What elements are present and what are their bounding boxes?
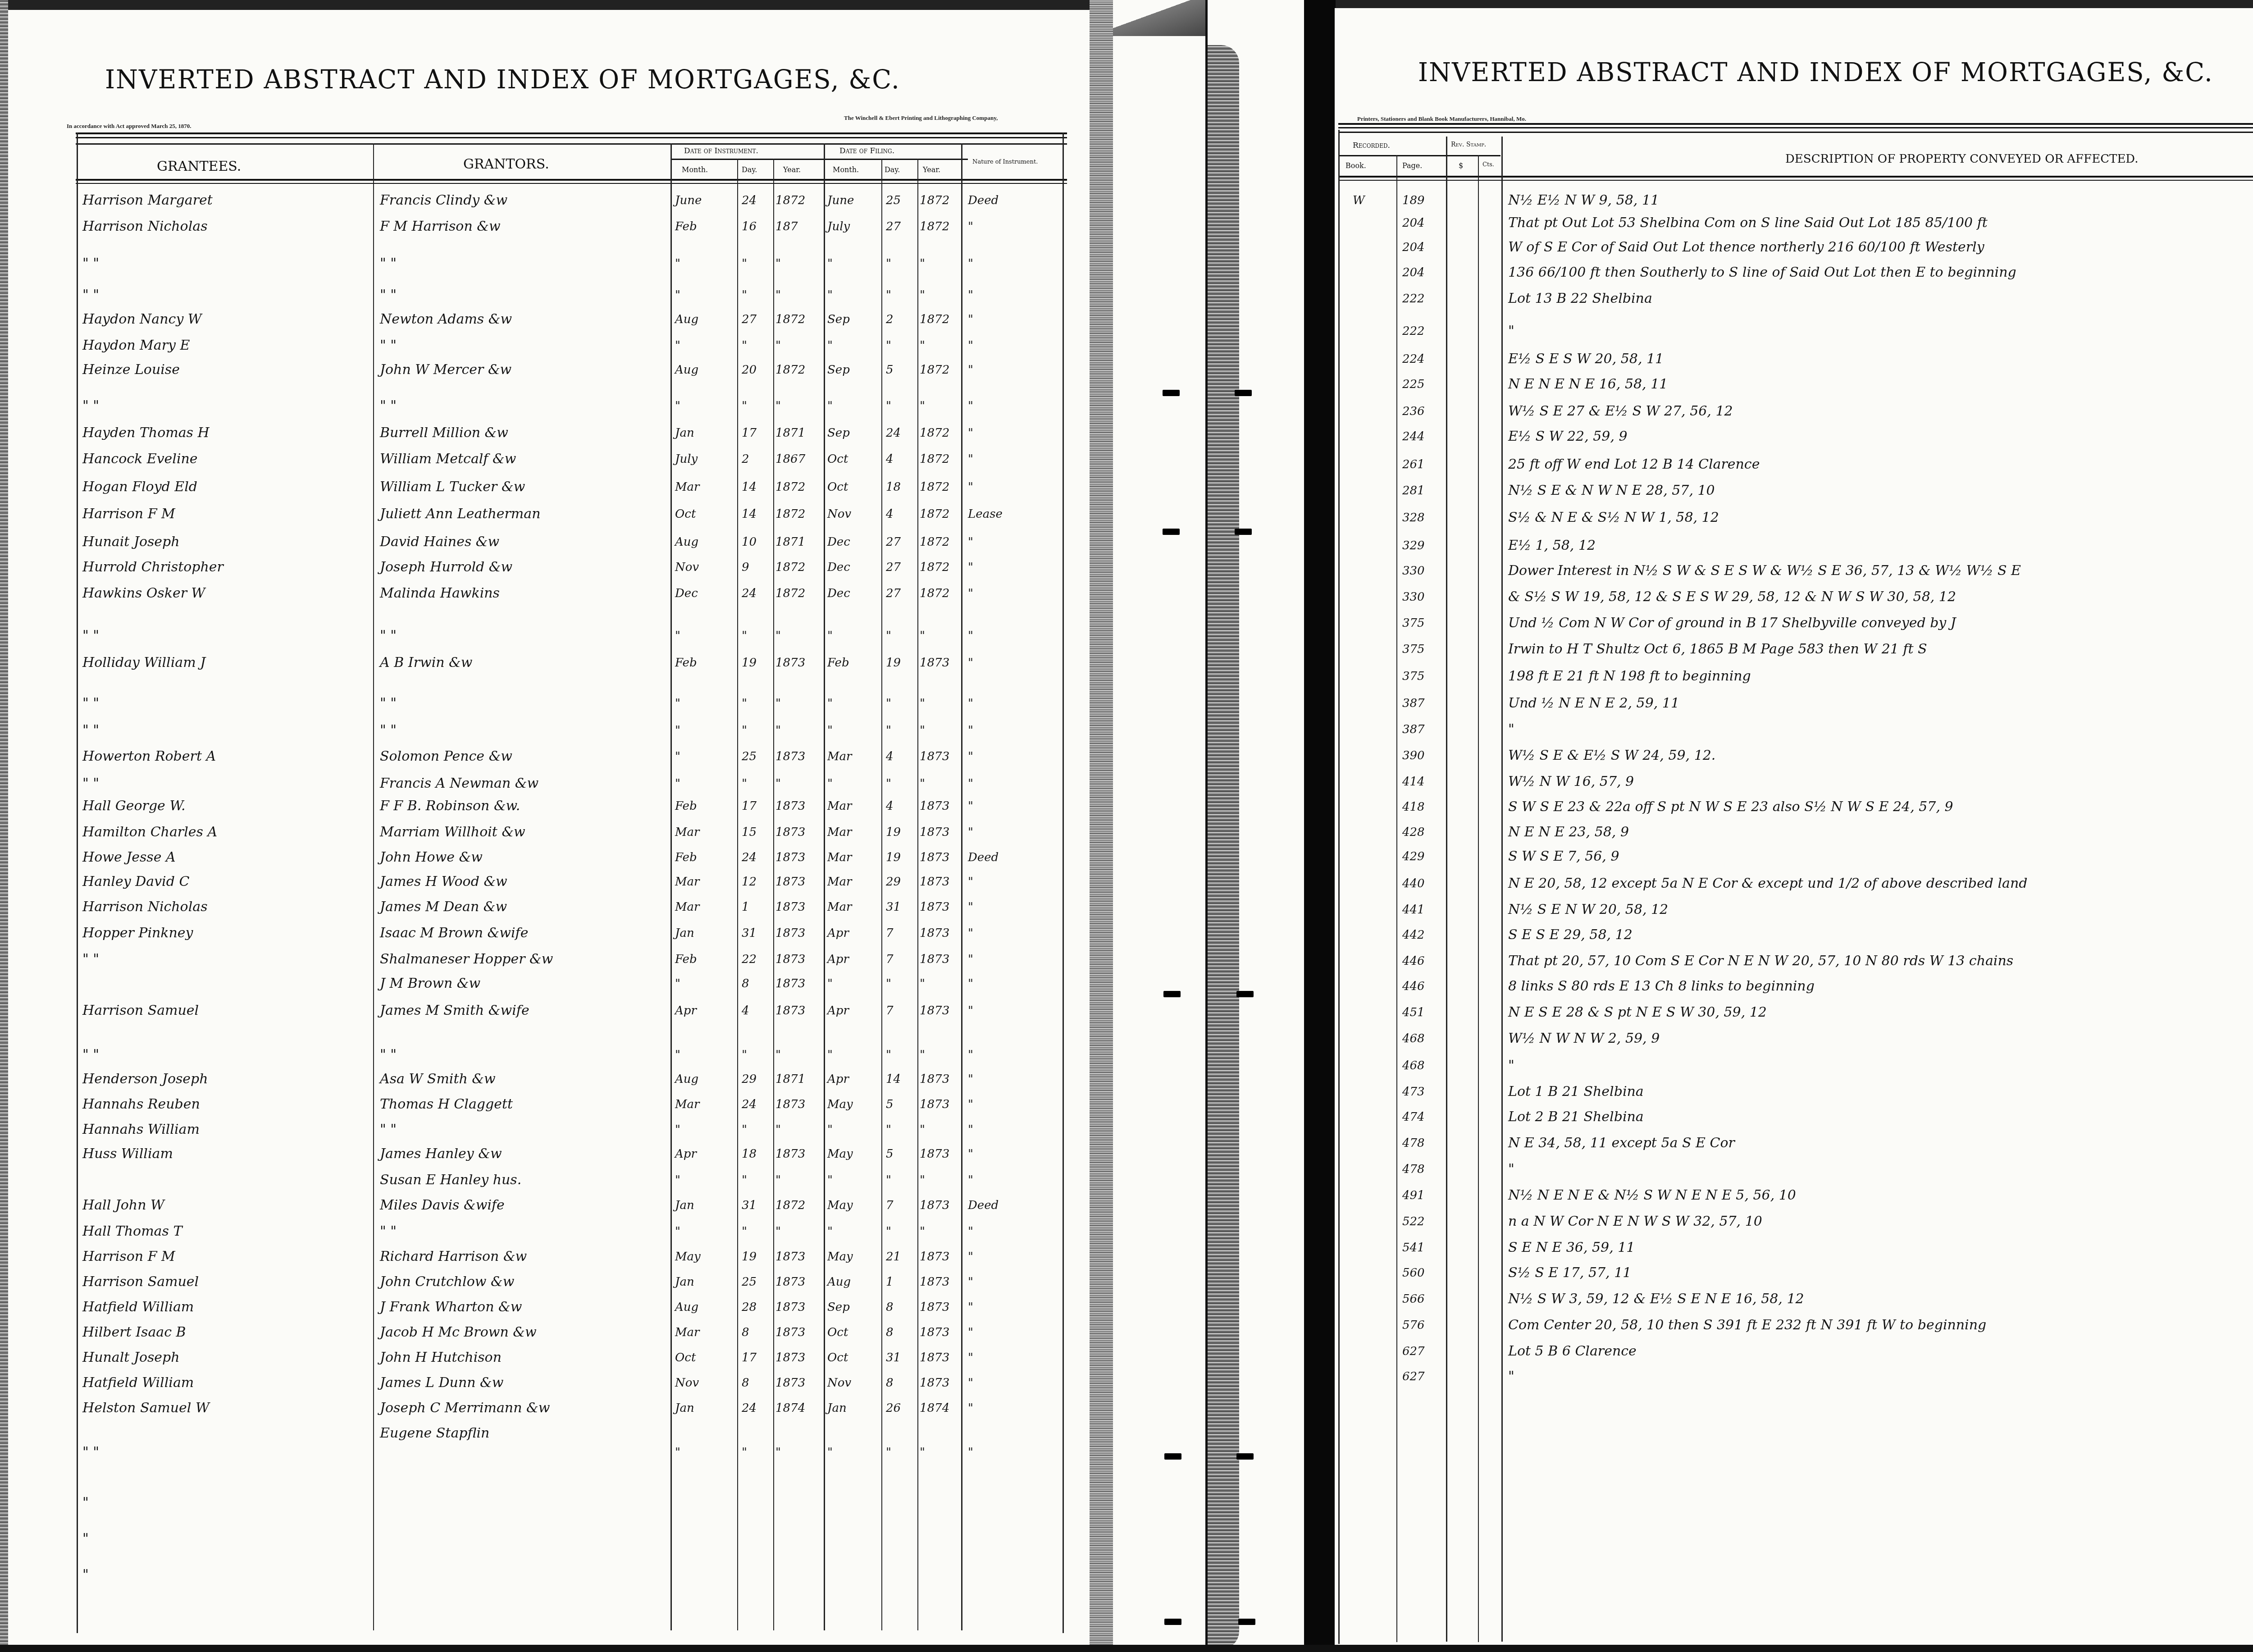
cell-i-day: 1: [742, 899, 749, 915]
book-spine-left: [1090, 0, 1113, 1652]
cell-grantor: Thomas H Claggett: [380, 1097, 513, 1112]
header-rule: [76, 132, 1067, 134]
cell-page: 478: [1402, 1162, 1425, 1177]
cell-i-year: ": [775, 696, 781, 711]
right-page-title: INVERTED ABSTRACT AND INDEX OF MORTGAGES…: [1418, 57, 2213, 87]
cell-f-day: 4: [886, 452, 894, 467]
cell-f-month: ": [827, 338, 833, 353]
cell-nature: ": [968, 1274, 973, 1290]
col-divider-nature: [961, 143, 962, 1630]
col-divider-f-day: [881, 159, 882, 1630]
cell-f-day: ": [886, 256, 891, 271]
cell-i-year: ": [775, 1445, 781, 1460]
cell-i-day: 24: [742, 586, 757, 601]
registration-mark: [1163, 529, 1180, 535]
cell-page: 566: [1402, 1291, 1425, 1307]
cell-description: N½ S E & N W N E 28, 57, 10: [1508, 483, 1715, 498]
cell-i-year: ": [775, 398, 781, 414]
cell-f-day: 7: [886, 926, 894, 941]
cell-description: ": [1508, 1058, 1514, 1073]
header-date-of-instrument: Date of Instrument.: [684, 146, 758, 155]
cell-description: E½ S W 22, 59, 9: [1508, 429, 1628, 444]
cell-grantor: Shalmaneser Hopper &w: [380, 952, 553, 967]
cell-f-month: ": [827, 1224, 833, 1239]
cell-page: 225: [1402, 377, 1425, 392]
cell-description: Irwin to H T Shultz Oct 6, 1865 B M Page…: [1508, 642, 1927, 657]
cell-f-month: Mar: [827, 825, 852, 840]
cell-f-year: 1872: [920, 219, 949, 234]
header-dollars: $: [1459, 161, 1463, 170]
col-divider-cents: [1478, 155, 1479, 1642]
cell-f-year: ": [920, 398, 925, 414]
cell-i-day: ": [742, 1445, 747, 1460]
header-f-day: Day.: [885, 165, 900, 174]
cell-nature: ": [968, 1072, 973, 1087]
cell-page: 189: [1402, 193, 1425, 208]
cell-i-day: 31: [742, 1198, 757, 1213]
cell-f-month: ": [827, 628, 833, 643]
cell-f-year: ": [920, 338, 925, 353]
cell-description: N½ S W 3, 59, 12 & E½ S E N E 16, 58, 12: [1508, 1291, 1804, 1307]
gutter-shadow: [1304, 0, 1336, 1652]
cell-i-day: 9: [742, 560, 749, 575]
cell-f-day: 27: [886, 219, 901, 234]
cell-page: 446: [1402, 954, 1425, 969]
cell-page: 440: [1402, 876, 1425, 891]
cell-nature: ": [968, 479, 973, 495]
cell-description: W½ S E & E½ S W 24, 59, 12.: [1508, 748, 1715, 763]
cell-grantee: Helston Samuel W: [82, 1401, 210, 1416]
cell-f-month: Apr: [827, 1003, 849, 1018]
cell-f-year: 1873: [920, 1249, 949, 1264]
cell-nature: ": [968, 1146, 973, 1162]
cell-grantor: Malinda Hawkins: [380, 586, 500, 601]
cell-i-year: 1873: [775, 1097, 805, 1112]
cell-f-day: 27: [886, 586, 901, 601]
cell-description: Lot 2 B 21 Shelbina: [1508, 1109, 1644, 1125]
cell-f-month: Apr: [827, 1072, 849, 1087]
registration-mark: [1163, 390, 1180, 396]
cell-i-year: ": [775, 338, 781, 353]
cell-nature: ": [968, 1401, 973, 1416]
cell-f-day: ": [886, 1047, 891, 1063]
cell-grantor: " ": [380, 288, 397, 303]
cell-grantor: " ": [380, 1224, 397, 1239]
cell-description: ": [1508, 1369, 1514, 1384]
cell-f-year: 1873: [920, 799, 949, 814]
cell-f-day: 1: [886, 1274, 894, 1290]
cell-i-month: Aug: [675, 1300, 698, 1315]
cell-f-day: ": [886, 288, 891, 303]
cell-grantee: " ": [82, 776, 99, 791]
cell-i-month: Feb: [675, 655, 697, 671]
cell-f-month: Sep: [827, 362, 850, 378]
cell-f-month: Sep: [827, 312, 850, 327]
cell-grantor: William Metcalf &w: [380, 452, 516, 467]
cell-grantor: Joseph C Merrimann &w: [380, 1401, 550, 1416]
cell-f-month: Mar: [827, 749, 852, 764]
cell-f-month: ": [827, 256, 833, 271]
cell-f-day: 19: [886, 825, 901, 840]
cell-grantee: Hurrold Christopher: [82, 560, 223, 575]
cell-grantor: " ": [380, 398, 397, 414]
cell-description: 136 66/100 ft then Southerly to S line o…: [1508, 265, 2016, 280]
cell-f-year: 1872: [920, 425, 949, 441]
book-gutter: [1113, 0, 1334, 1652]
cell-description: N½ N E N E & N½ S W N E N E 5, 56, 10: [1508, 1188, 1796, 1203]
cell-f-year: 1872: [920, 479, 949, 495]
cell-f-year: ": [920, 288, 925, 303]
cell-nature: ": [968, 312, 973, 327]
cell-i-year: 1873: [775, 655, 805, 671]
cell-f-day: 8: [886, 1375, 894, 1391]
cell-page: 330: [1402, 589, 1425, 605]
cell-nature: ": [968, 874, 973, 890]
cell-f-month: Aug: [827, 1274, 851, 1290]
cell-nature: Deed: [968, 850, 999, 865]
cell-i-month: ": [675, 628, 680, 643]
cell-f-day: 29: [886, 874, 901, 890]
scan-bottom-edge: [0, 1645, 2253, 1652]
cell-f-year: 1873: [920, 952, 949, 967]
cell-nature: ": [968, 899, 973, 915]
cell-i-month: June: [675, 193, 702, 208]
cell-i-day: 2: [742, 452, 749, 467]
cell-grantee: " ": [82, 288, 99, 303]
cell-i-day: 17: [742, 799, 757, 814]
cell-i-day: 8: [742, 976, 749, 991]
cell-i-year: ": [775, 628, 781, 643]
cell-grantor: " ": [380, 1122, 397, 1137]
cell-page: 442: [1402, 927, 1425, 943]
cell-i-day: ": [742, 398, 747, 414]
cell-description: n a N W Cor N E N W S W 32, 57, 10: [1508, 1214, 1762, 1229]
cell-f-year: 1873: [920, 655, 949, 671]
cell-grantor: A B Irwin &w: [380, 655, 473, 671]
cell-f-day: ": [886, 1122, 891, 1137]
cell-description: W½ N W N W 2, 59, 9: [1508, 1031, 1660, 1046]
cell-f-month: Mar: [827, 899, 852, 915]
cell-f-day: 27: [886, 560, 901, 575]
cell-nature: ": [968, 1300, 973, 1315]
cell-grantee: ": [82, 1567, 89, 1583]
cell-nature: ": [968, 976, 973, 991]
cell-nature: ": [968, 219, 973, 234]
cell-i-year: 1873: [775, 850, 805, 865]
cell-i-day: 17: [742, 1350, 757, 1365]
cell-f-year: 1872: [920, 586, 949, 601]
cell-nature: ": [968, 1325, 973, 1340]
cell-grantor: Isaac M Brown &wife: [380, 926, 528, 941]
cell-nature: Deed: [968, 1198, 999, 1213]
cell-description: & S½ S W 19, 58, 12 & S E S W 29, 58, 12…: [1508, 589, 1956, 605]
cell-book: W: [1353, 193, 1365, 208]
cell-grantor: " ": [380, 696, 397, 711]
registration-mark: [1235, 529, 1252, 535]
cell-i-month: ": [675, 723, 680, 738]
cell-page: 244: [1402, 429, 1425, 444]
cell-i-month: Aug: [675, 1072, 698, 1087]
cell-grantor: John Howe &w: [380, 850, 483, 865]
cell-nature: ": [968, 723, 973, 738]
cell-i-month: ": [675, 1173, 680, 1188]
header-f-year: Year.: [923, 165, 940, 174]
cell-f-day: ": [886, 398, 891, 414]
cell-i-month: Jan: [675, 1274, 694, 1290]
cell-f-day: ": [886, 338, 891, 353]
cell-f-month: Oct: [827, 479, 848, 495]
cell-i-month: Jan: [675, 926, 694, 941]
cell-f-day: 7: [886, 1198, 894, 1213]
cell-grantor: David Haines &w: [380, 534, 499, 550]
cell-grantee: Hilbert Isaac B: [82, 1325, 186, 1340]
cell-f-year: 1874: [920, 1401, 949, 1416]
cell-f-month: ": [827, 1122, 833, 1137]
cell-grantee: Hamilton Charles A: [82, 825, 217, 840]
cell-grantor: Eugene Stapflin: [380, 1426, 489, 1441]
cell-f-year: 1872: [920, 362, 949, 378]
cell-i-year: 1872: [775, 507, 805, 522]
header-i-month: Month.: [682, 165, 708, 174]
cell-f-year: ": [920, 696, 925, 711]
cell-nature: ": [968, 825, 973, 840]
cell-f-day: ": [886, 976, 891, 991]
cell-i-year: ": [775, 1047, 781, 1063]
cell-description: That pt Out Lot 53 Shelbina Com on S lin…: [1508, 215, 1988, 231]
cell-i-day: 31: [742, 926, 757, 941]
header-bottom-rule: [76, 183, 1067, 184]
cell-page: 451: [1402, 1005, 1425, 1020]
cell-grantor: " ": [380, 1047, 397, 1063]
cell-i-month: Mar: [675, 479, 700, 495]
cell-nature: ": [968, 560, 973, 575]
cell-description: W½ N W 16, 57, 9: [1508, 774, 1634, 789]
cell-grantee: Harrison F M: [82, 507, 175, 522]
cell-f-day: ": [886, 1224, 891, 1239]
scan-left-edge: [0, 0, 8, 1652]
cell-f-day: ": [886, 628, 891, 643]
cell-page: 473: [1402, 1084, 1425, 1100]
cell-f-year: 1873: [920, 1097, 949, 1112]
cell-f-year: 1873: [920, 899, 949, 915]
cell-i-month: Feb: [675, 219, 697, 234]
cell-grantee: Hawkins Osker W: [82, 586, 205, 601]
cell-i-year: 1873: [775, 874, 805, 890]
header-rev-stamp: Rev. Stamp.: [1451, 141, 1486, 148]
cell-nature: ": [968, 398, 973, 414]
header-rule: [1338, 132, 2253, 133]
cell-f-year: 1873: [920, 1350, 949, 1365]
header-bottom-rule: [76, 179, 1067, 181]
cell-i-year: ": [775, 776, 781, 791]
cell-i-day: 29: [742, 1072, 757, 1087]
cell-f-month: Feb: [827, 655, 849, 671]
registration-mark: [1164, 1453, 1181, 1460]
cell-f-month: June: [827, 193, 854, 208]
cell-grantee: Hannahs Reuben: [82, 1097, 200, 1112]
cell-i-year: ": [775, 1173, 781, 1188]
cell-grantee: " ": [82, 1047, 99, 1063]
cell-description: ": [1508, 722, 1514, 737]
cell-page: 468: [1402, 1058, 1425, 1073]
header-rule: [1338, 127, 2253, 128]
cell-f-year: 1873: [920, 1325, 949, 1340]
cell-f-day: 8: [886, 1300, 894, 1315]
cell-i-month: Nov: [675, 1375, 699, 1391]
cell-page: 222: [1402, 324, 1425, 339]
cell-i-day: 25: [742, 749, 757, 764]
cell-i-month: ": [675, 776, 680, 791]
cell-i-year: 1872: [775, 362, 805, 378]
header-i-year: Year.: [783, 165, 801, 174]
registration-mark: [1235, 390, 1252, 396]
cell-i-day: 24: [742, 850, 757, 865]
cell-grantor: Jacob H Mc Brown &w: [380, 1325, 537, 1340]
cell-grantor: J M Brown &w: [380, 976, 480, 991]
cell-page: 204: [1402, 265, 1425, 280]
header-bottom-rule: [1338, 176, 2253, 178]
left-printer-company: The Winchell & Ebert Printing and Lithog…: [844, 114, 998, 122]
cell-f-month: July: [827, 219, 850, 234]
cell-i-year: 1873: [775, 1300, 805, 1315]
cell-i-day: 19: [742, 655, 757, 671]
cell-f-month: May: [827, 1198, 853, 1213]
cell-page: 390: [1402, 748, 1425, 763]
cell-i-year: ": [775, 256, 781, 271]
cell-i-month: Oct: [675, 507, 696, 522]
cell-grantee: Hogan Floyd Eld: [82, 479, 197, 495]
cell-i-year: 1871: [775, 425, 805, 441]
cell-f-month: ": [827, 1173, 833, 1188]
cell-f-day: 21: [886, 1249, 901, 1264]
cell-description: S E S E 29, 58, 12: [1508, 927, 1633, 943]
cell-f-year: 1872: [920, 507, 949, 522]
cell-i-month: Mar: [675, 874, 700, 890]
cell-nature: ": [968, 425, 973, 441]
cell-f-year: 1873: [920, 1375, 949, 1391]
cell-i-month: Jan: [675, 1401, 694, 1416]
cell-i-month: Mar: [675, 825, 700, 840]
cell-i-day: ": [742, 288, 747, 303]
cell-i-day: 18: [742, 1146, 757, 1162]
cell-description: Com Center 20, 58, 10 then S 391 ft E 23…: [1508, 1318, 1986, 1333]
cell-page: 627: [1402, 1344, 1425, 1359]
cell-i-day: 22: [742, 952, 757, 967]
cell-i-month: Feb: [675, 952, 697, 967]
cell-i-month: Apr: [675, 1146, 697, 1162]
cell-nature: ": [968, 1224, 973, 1239]
cell-grantee: ": [82, 1495, 89, 1511]
cell-f-month: ": [827, 723, 833, 738]
header-rule: [76, 137, 1067, 138]
cell-f-day: 24: [886, 425, 901, 441]
cell-description: N½ S E N W 20, 58, 12: [1508, 902, 1668, 917]
col-divider-date-instrument: [670, 143, 672, 1630]
header-cents: Cts.: [1482, 161, 1494, 168]
cell-grantee: Harrison Samuel: [82, 1274, 199, 1290]
cell-page: 375: [1402, 669, 1425, 684]
registration-mark: [1238, 1619, 1255, 1625]
cell-i-day: ": [742, 1122, 747, 1137]
cell-grantor: James H Wood &w: [380, 874, 507, 890]
cell-i-year: 1873: [775, 1350, 805, 1365]
cell-i-day: ": [742, 1224, 747, 1239]
cell-grantee: Haydon Mary E: [82, 338, 190, 353]
cell-i-day: ": [742, 338, 747, 353]
cell-i-year: 1873: [775, 976, 805, 991]
cell-grantor: James M Dean &w: [380, 899, 507, 915]
cell-f-year: 1873: [920, 850, 949, 865]
registration-mark: [1236, 1453, 1254, 1460]
cell-description: 8 links S 80 rds E 13 Ch 8 links to begi…: [1508, 979, 1815, 994]
cell-f-day: ": [886, 1445, 891, 1460]
cell-i-month: ": [675, 338, 680, 353]
cell-nature: ": [968, 586, 973, 601]
cell-f-month: ": [827, 1445, 833, 1460]
cell-i-day: ": [742, 696, 747, 711]
cell-grantee: Hayden Thomas H: [82, 425, 210, 441]
cell-i-month: Nov: [675, 560, 699, 575]
cell-f-month: ": [827, 776, 833, 791]
cell-f-month: Sep: [827, 1300, 850, 1315]
header-date-of-filing: Date of Filing.: [839, 146, 894, 155]
cell-f-year: 1873: [920, 1274, 949, 1290]
cell-i-day: 28: [742, 1300, 757, 1315]
cell-nature: ": [968, 452, 973, 467]
cell-f-year: 1873: [920, 749, 949, 764]
cell-f-year: ": [920, 1122, 925, 1137]
cell-f-month: Dec: [827, 534, 850, 550]
header-grantees: GRANTEES.: [157, 159, 241, 174]
cell-grantee: Hannahs William: [82, 1122, 200, 1137]
cell-description: S W S E 23 & 22a off S pt N W S E 23 als…: [1508, 799, 1953, 815]
cell-i-year: ": [775, 1122, 781, 1137]
cell-grantor: " ": [380, 628, 397, 643]
cell-nature: ": [968, 749, 973, 764]
cell-i-year: 1872: [775, 1198, 805, 1213]
cell-i-year: 1871: [775, 534, 805, 550]
table-right-border: [1063, 132, 1064, 1633]
cell-page: 204: [1402, 215, 1425, 231]
cell-i-day: 10: [742, 534, 757, 550]
cell-f-day: ": [886, 696, 891, 711]
cell-f-year: ": [920, 628, 925, 643]
cell-nature: ": [968, 1249, 973, 1264]
cell-i-year: 1872: [775, 193, 805, 208]
cell-i-month: ": [675, 398, 680, 414]
cell-i-year: 1872: [775, 560, 805, 575]
cell-f-month: ": [827, 976, 833, 991]
cell-i-day: 12: [742, 874, 757, 890]
cell-f-month: Oct: [827, 1350, 848, 1365]
cell-f-day: 7: [886, 1003, 894, 1018]
cell-nature: ": [968, 1173, 973, 1188]
date-subheader-rule: [670, 159, 968, 160]
cell-i-year: 1873: [775, 926, 805, 941]
cell-nature: ": [968, 362, 973, 378]
cell-page: 478: [1402, 1136, 1425, 1151]
cell-grantee: Hanley David C: [82, 874, 189, 890]
cell-grantee: " ": [82, 696, 99, 711]
cell-i-year: 1872: [775, 312, 805, 327]
cell-f-day: 4: [886, 749, 894, 764]
cell-nature: ": [968, 1375, 973, 1391]
cell-f-month: ": [827, 288, 833, 303]
cell-f-day: 25: [886, 193, 901, 208]
cell-i-day: 14: [742, 507, 757, 522]
col-divider-i-year: [773, 159, 774, 1630]
cell-f-year: ": [920, 256, 925, 271]
